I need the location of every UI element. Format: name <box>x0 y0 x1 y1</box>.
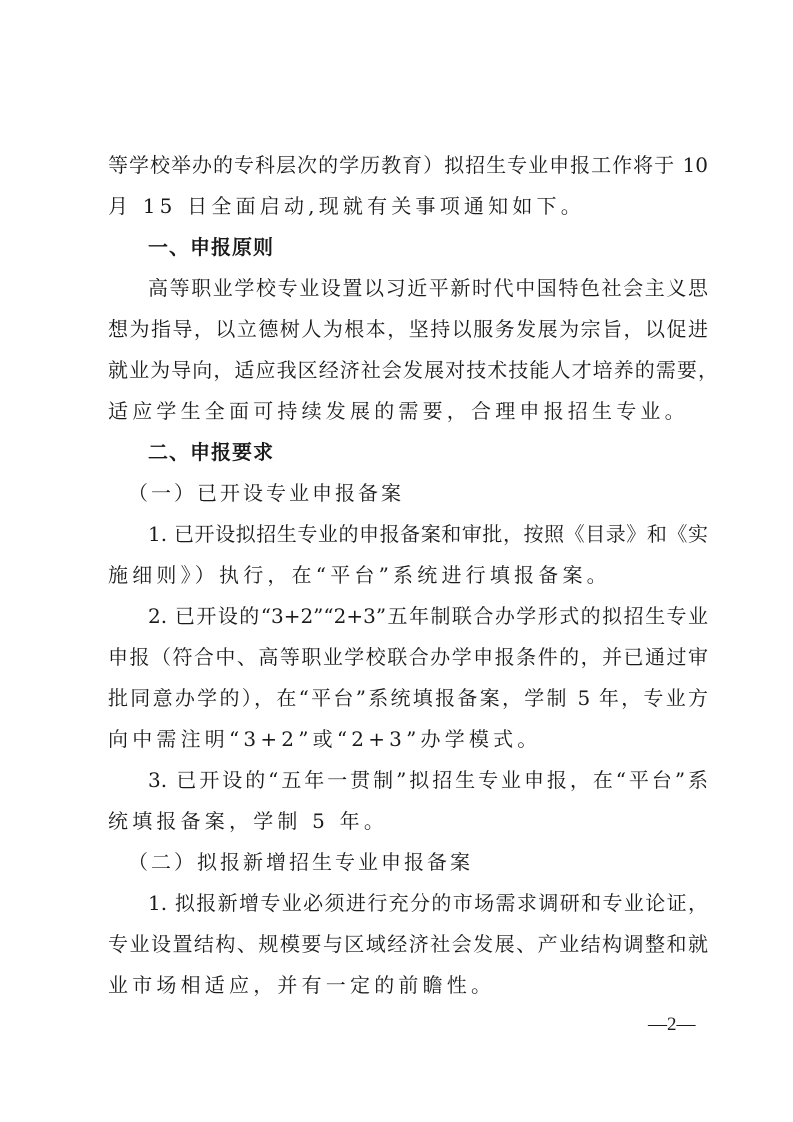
body-text-line: 批同意办学的），在“平台”系统填报备案，学制 5 年，专业方 <box>108 684 708 712</box>
subsection-heading: （二）拟报新增招生专业申报备案 <box>128 848 728 876</box>
body-text-line: 高等职业学校专业设置以习近平新时代中国特色社会主义思 <box>148 274 708 302</box>
body-text-line: 就业为导向，适应我区经济社会发展对技术技能人才培养的需要， <box>108 356 718 384</box>
page-number: —2— <box>648 1014 696 1036</box>
body-text-line: 2. 已开设的“3+2”“2+3”五年制联合办学形式的拟招生专业 <box>148 602 708 630</box>
section-heading: 一、申报原则 <box>148 233 748 261</box>
body-text-line: 1. 已开设拟招生专业的申报备案和审批，按照《目录》和《实 <box>148 520 708 548</box>
body-text-line: 3. 已开设的“五年一贯制”拟招生专业申报，在“平台”系 <box>148 766 708 794</box>
body-text-line: 月 15 日全面启动,现就有关事项通知如下。 <box>108 192 708 220</box>
body-text-line: 适应学生全面可持续发展的需要，合理申报招生专业。 <box>108 397 708 425</box>
body-text-line: 业市场相适应，并有一定的前瞻性。 <box>108 971 708 999</box>
body-text-line: 专业设置结构、规模要与区域经济社会发展、产业结构调整和就 <box>108 930 708 958</box>
section-heading: 二、申报要求 <box>148 438 748 466</box>
document-page: 等学校举办的专科层次的学历教育）拟招生专业申报工作将于 10 月 15 日全面启… <box>0 0 793 1122</box>
subsection-heading: （一）已开设专业申报备案 <box>128 479 728 507</box>
body-text-line: 申报（符合中、高等职业学校联合办学申报条件的，并已通过审 <box>108 643 708 671</box>
body-text-line: 等学校举办的专科层次的学历教育）拟招生专业申报工作将于 10 <box>108 151 708 179</box>
body-text-line: 1. 拟报新增专业必须进行充分的市场需求调研和专业论证， <box>148 889 708 917</box>
body-text-line: 统填报备案，学制 5 年。 <box>108 807 708 835</box>
body-text-line: 想为指导，以立德树人为根本，坚持以服务发展为宗旨，以促进 <box>108 315 708 343</box>
body-text-line: 向中需注明“3+2”或“2+3”办学模式。 <box>108 725 708 753</box>
body-text-line: 施细则》）执行，在“平台”系统进行填报备案。 <box>108 561 708 589</box>
